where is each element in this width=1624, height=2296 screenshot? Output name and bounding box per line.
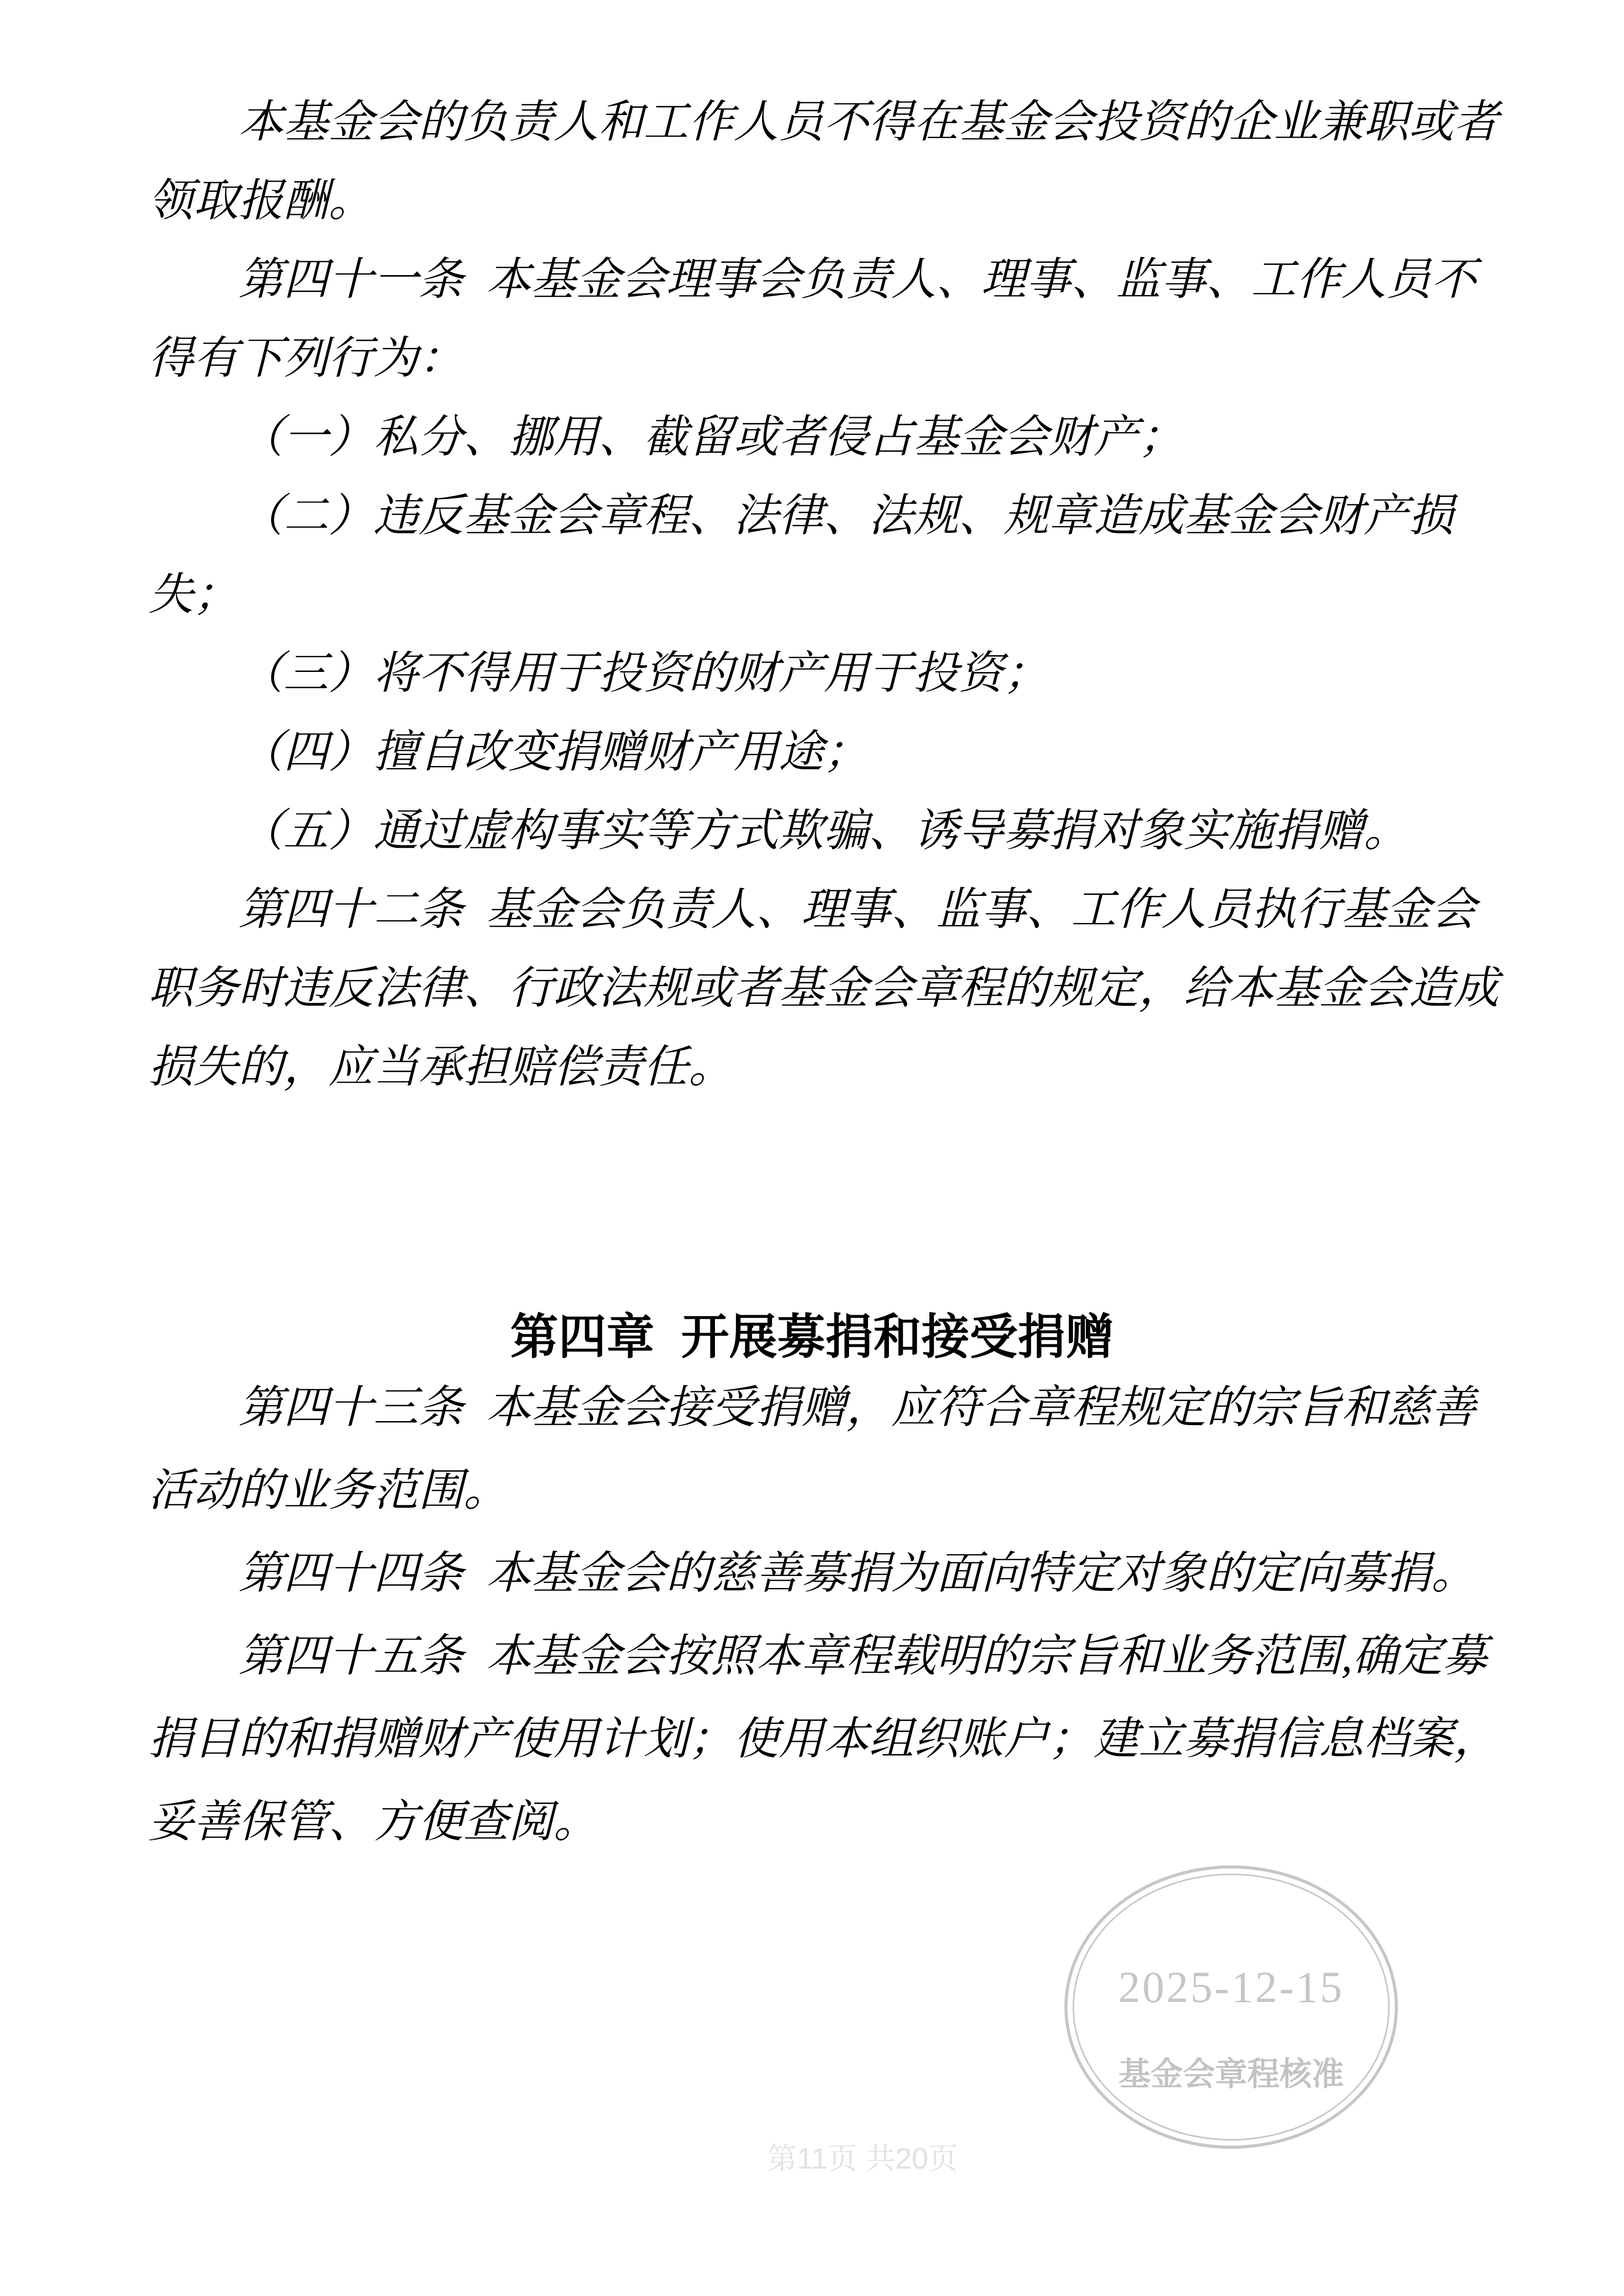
document-page: 本基金会的负责人和工作人员不得在基金会投资的企业兼职或者领取报酬。第四十一条 本… (0, 0, 1624, 2296)
body-line: 妥善保管、方便查阅。 (148, 1781, 598, 1864)
body-line: 损失的，应当承担赔偿责任。 (148, 1028, 733, 1107)
chapter-heading: 第四章 开展募捐和接受捐赠 (0, 1303, 1624, 1371)
body-line: （一）私分、挪用、截留或者侵占基金会财产； (148, 398, 1184, 477)
body-line: 第四十一条 本基金会理事会负责人、理事、监事、工作人员不 (148, 241, 1476, 320)
body-line: 职务时违反法律、行政法规或者基金会章程的规定，给本基金会造成 (148, 950, 1499, 1028)
approval-stamp: 2025-12-15 基金会章程核准 (1064, 1865, 1398, 2149)
stamp-date: 2025-12-15 (1067, 1964, 1395, 2011)
body-line: 第四十五条 本基金会按照本章程载明的宗旨和业务范围,确定募 (148, 1615, 1487, 1698)
body-line: （二）违反基金会章程、法律、法规、规章造成基金会财产损 (148, 477, 1454, 556)
body-line: 活动的业务范围。 (148, 1450, 508, 1533)
body-line: 得有下列行为： (148, 320, 463, 398)
body-line: （五）通过虚构事实等方式欺骗、诱导募捐对象实施捐赠。 (148, 792, 1409, 871)
body-line: （四）擅自改变捐赠财产用途； (148, 713, 869, 792)
stamp-label: 基金会章程核准 (1067, 2057, 1395, 2091)
body-line: 第四十三条 本基金会接受捐赠，应符合章程规定的宗旨和慈善 (148, 1367, 1476, 1450)
page-footer: 第11页 共20页 (767, 2144, 958, 2174)
body-line: 失； (148, 556, 238, 635)
body-line: 领取报酬。 (148, 162, 373, 241)
body-line: 第四十二条 基金会负责人、理事、监事、工作人员执行基金会 (148, 871, 1476, 950)
body-line: 捐目的和捐赠财产使用计划；使用本组织账户；建立募捐信息档案， (148, 1698, 1499, 1781)
body-line: 本基金会的负责人和工作人员不得在基金会投资的企业兼职或者 (148, 83, 1499, 162)
body-line: 第四十四条 本基金会的慈善募捐为面向特定对象的定向募捐。 (148, 1533, 1476, 1615)
body-line: （三）将不得用于投资的财产用于投资； (148, 635, 1049, 713)
